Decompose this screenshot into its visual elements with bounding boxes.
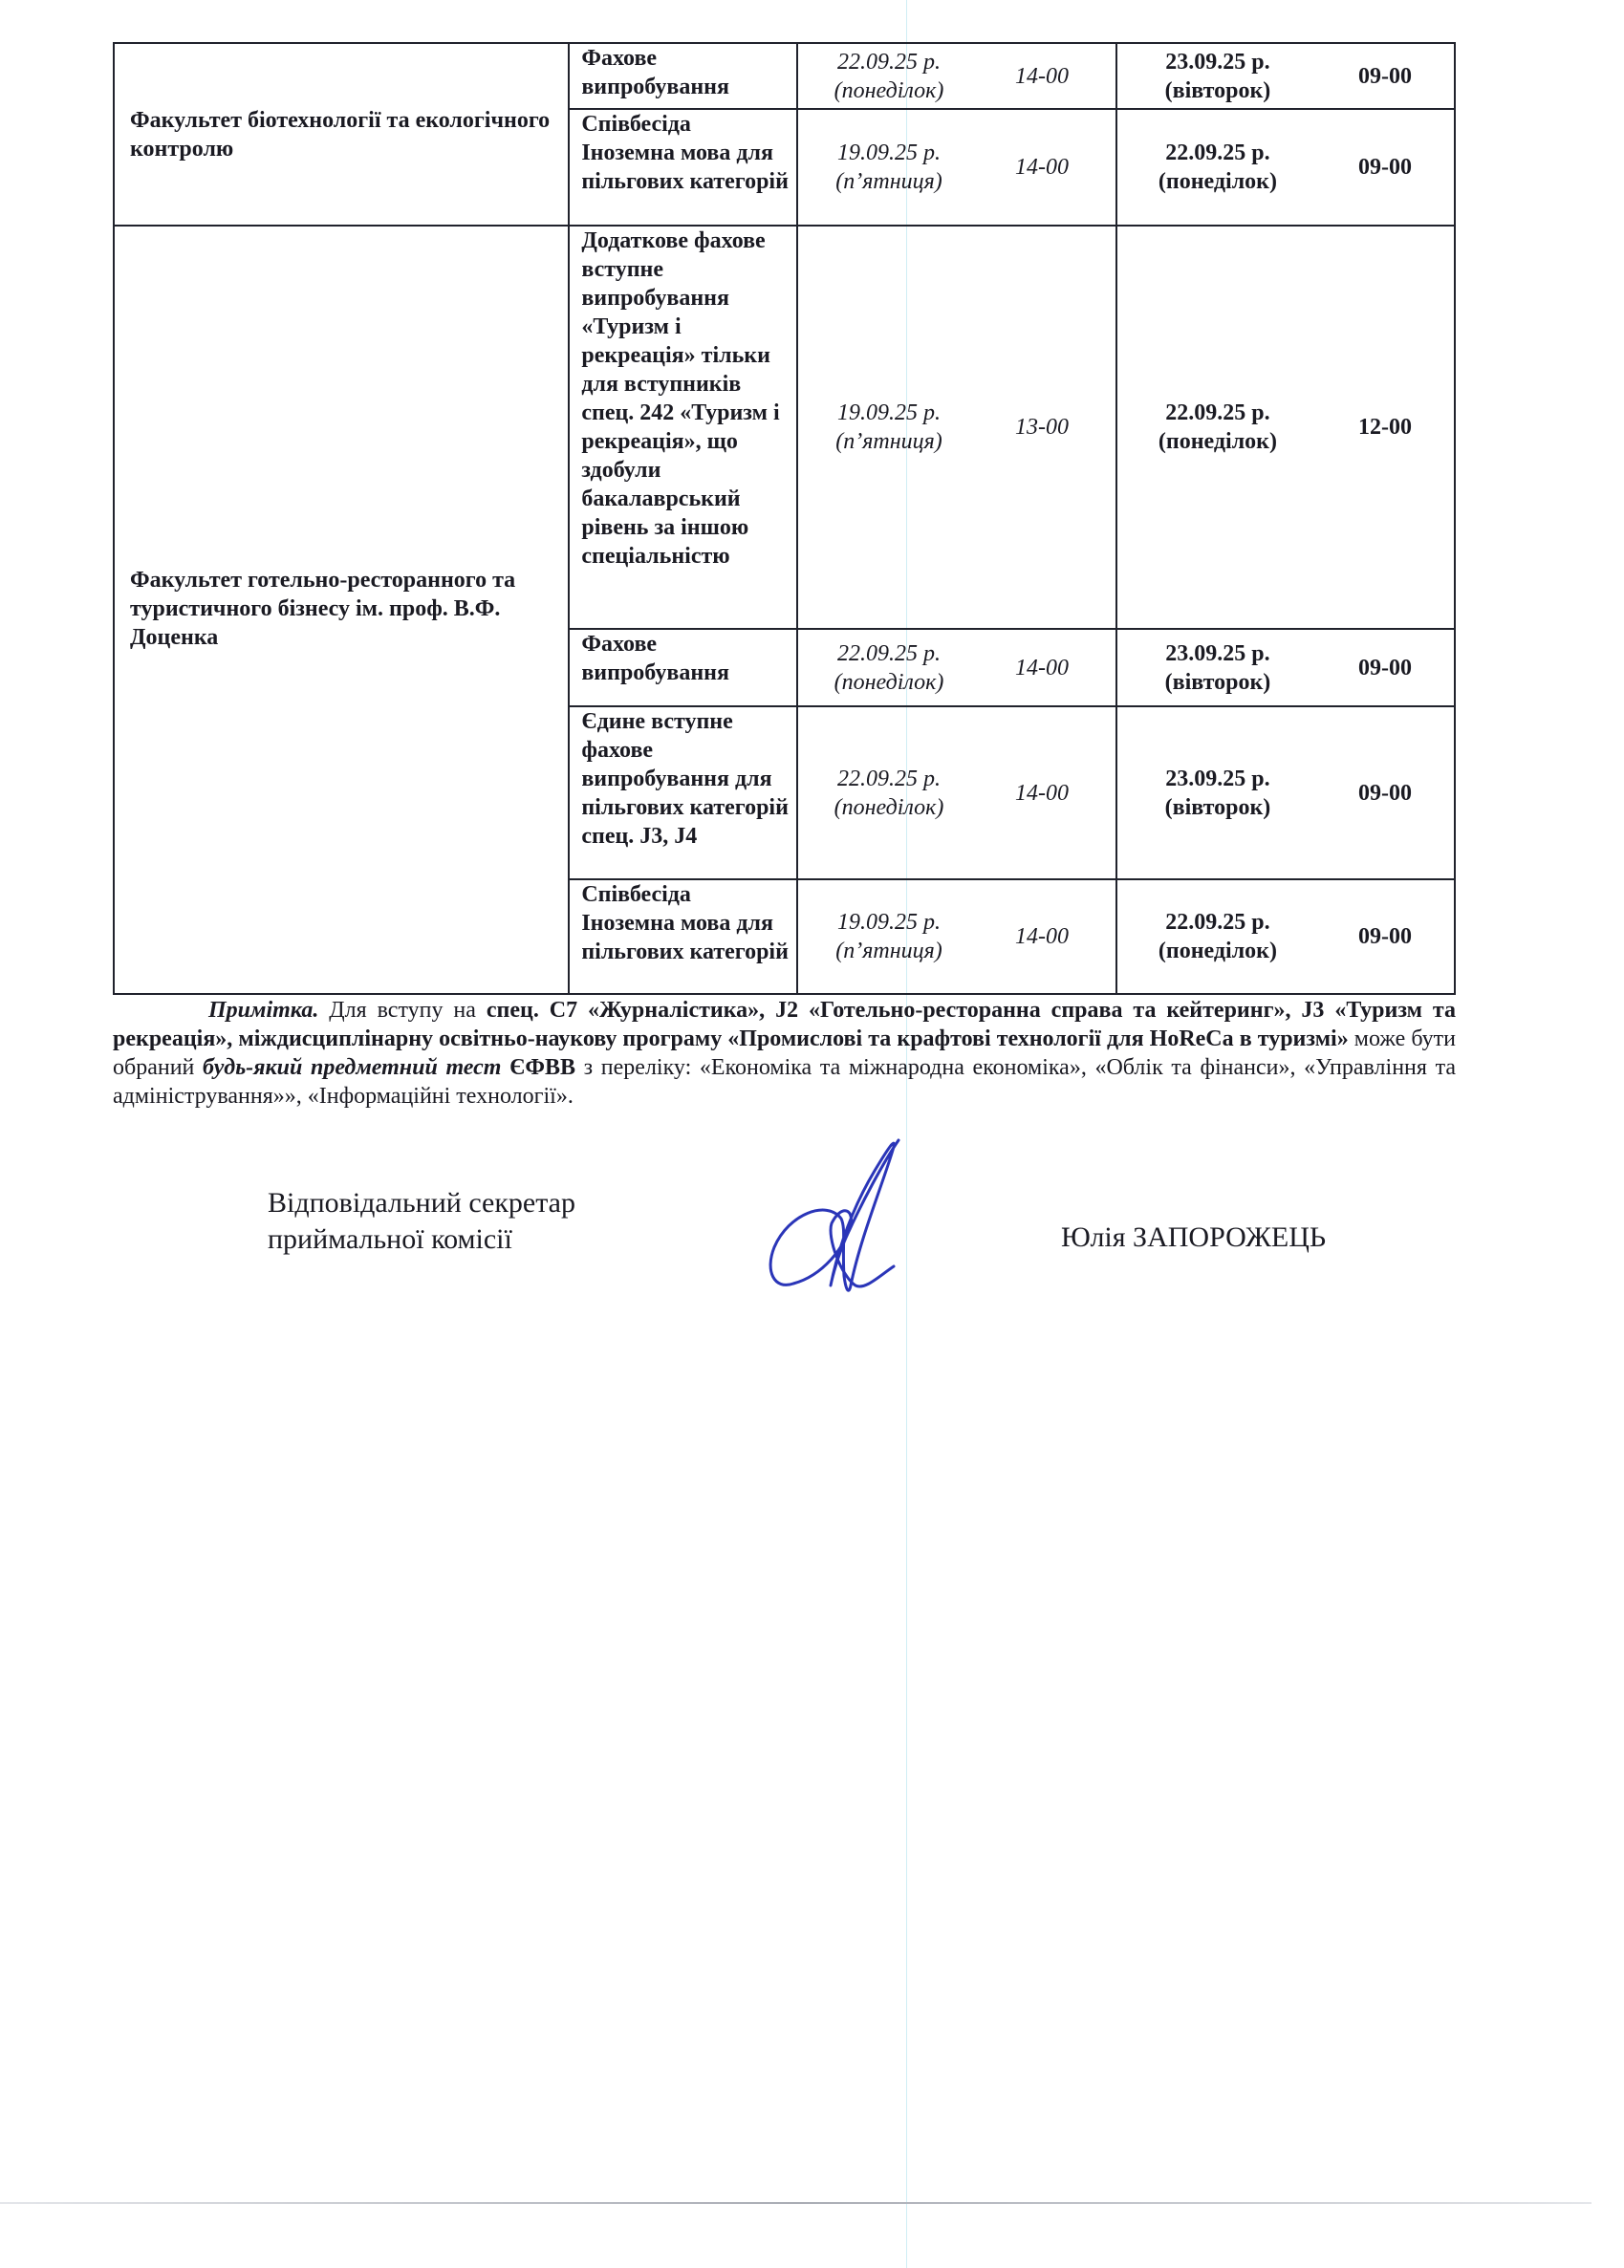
exam-schedule-table: Факультет біотехнології та екологічного … — [113, 42, 1456, 995]
faculty-cell: Факультет біотехнології та екологічного … — [114, 43, 569, 226]
exam-time: 14-00 — [980, 153, 1104, 182]
result-time: 09-00 — [1318, 779, 1452, 808]
handwritten-signature-icon — [750, 1133, 932, 1300]
result-date: 23.09.25 р. — [1117, 639, 1318, 668]
role-line-1: Відповідальний секретар — [268, 1185, 575, 1221]
exam-type-cell: Співбесіда Іноземна мова для пільгових к… — [569, 879, 797, 994]
exam-time: 14-00 — [980, 922, 1104, 951]
note-text: Для вступу на — [318, 998, 487, 1023]
table-row: Факультет готельно-ресторанного та турис… — [114, 226, 1455, 629]
note-test-type: будь-який предметний тест — [203, 1055, 501, 1080]
result-time: 09-00 — [1318, 654, 1452, 682]
note-efvv: ЄФВВ — [509, 1055, 575, 1080]
exam-time: 14-00 — [980, 654, 1104, 682]
exam-type-cell: Єдине вступне фахове випробування для пі… — [569, 706, 797, 879]
result-date: 22.09.25 р. — [1117, 908, 1318, 937]
exam-type-cell: Додаткове фахове вступне випробування «Т… — [569, 226, 797, 629]
signatory-name: Юлія ЗАПОРОЖЕЦЬ — [1061, 1220, 1326, 1256]
note-paragraph: Примітка. Для вступу на спец. С7 «Журнал… — [113, 996, 1456, 1111]
exam-day: (понеділок) — [798, 793, 980, 822]
faculty-cell: Факультет готельно-ресторанного та турис… — [114, 226, 569, 994]
result-date: 23.09.25 р. — [1117, 48, 1318, 76]
exam-date: 19.09.25 р. — [798, 399, 980, 427]
result-date-cell: 23.09.25 р.(вівторок)09-00 — [1116, 629, 1455, 706]
exam-time: 14-00 — [980, 779, 1104, 808]
result-day: (понеділок) — [1117, 167, 1318, 196]
exam-time: 13-00 — [980, 413, 1104, 442]
table-row: Факультет біотехнології та екологічного … — [114, 43, 1455, 109]
result-date-cell: 23.09.25 р.(вівторок)09-00 — [1116, 706, 1455, 879]
exam-type-cell: Співбесіда Іноземна мова для пільгових к… — [569, 109, 797, 226]
exam-type-cell: Фахове випробування — [569, 629, 797, 706]
note-text — [501, 1055, 509, 1080]
scan-artifact-horizontal — [0, 2202, 1592, 2204]
exam-day: (понеділок) — [798, 668, 980, 697]
exam-day: (п’ятниця) — [798, 427, 980, 456]
result-date: 22.09.25 р. — [1117, 399, 1318, 427]
result-day: (понеділок) — [1117, 937, 1318, 965]
result-time: 09-00 — [1318, 62, 1452, 91]
faculty-name: Факультет біотехнології та екологічного … — [130, 106, 558, 163]
exam-type-cell: Фахове випробування — [569, 43, 797, 109]
exam-date: 19.09.25 р. — [798, 908, 980, 937]
exam-date-cell: 22.09.25 р.(понеділок)14-00 — [797, 43, 1116, 109]
result-time: 12-00 — [1318, 413, 1452, 442]
result-day: (вівторок) — [1117, 668, 1318, 697]
result-date: 23.09.25 р. — [1117, 765, 1318, 793]
faculty-name: Факультет готельно-ресторанного та турис… — [130, 566, 558, 652]
result-date-cell: 22.09.25 р.(понеділок)12-00 — [1116, 226, 1455, 629]
exam-date: 22.09.25 р. — [798, 48, 980, 76]
role-line-2: приймальної комісії — [268, 1221, 575, 1258]
result-day: (вівторок) — [1117, 793, 1318, 822]
result-time: 09-00 — [1318, 153, 1452, 182]
exam-day: (понеділок) — [798, 76, 980, 105]
result-day: (понеділок) — [1117, 427, 1318, 456]
exam-date: 19.09.25 р. — [798, 139, 980, 167]
exam-date: 22.09.25 р. — [798, 765, 980, 793]
result-date-cell: 22.09.25 р.(понеділок)09-00 — [1116, 879, 1455, 994]
exam-date-cell: 19.09.25 р.(п’ятниця)13-00 — [797, 226, 1116, 629]
result-time: 09-00 — [1318, 922, 1452, 951]
exam-date: 22.09.25 р. — [798, 639, 980, 668]
result-date: 22.09.25 р. — [1117, 139, 1318, 167]
exam-date-cell: 19.09.25 р.(п’ятниця)14-00 — [797, 879, 1116, 994]
signatory-role: Відповідальний секретар приймальної комі… — [268, 1185, 575, 1258]
exam-date-cell: 22.09.25 р.(понеділок)14-00 — [797, 629, 1116, 706]
exam-date-cell: 19.09.25 р.(п’ятниця)14-00 — [797, 109, 1116, 226]
result-date-cell: 23.09.25 р.(вівторок)09-00 — [1116, 43, 1455, 109]
result-day: (вівторок) — [1117, 76, 1318, 105]
result-date-cell: 22.09.25 р.(понеділок)09-00 — [1116, 109, 1455, 226]
exam-date-cell: 22.09.25 р.(понеділок)14-00 — [797, 706, 1116, 879]
exam-time: 14-00 — [980, 62, 1104, 91]
exam-day: (п’ятниця) — [798, 167, 980, 196]
note-label: Примітка. — [208, 998, 318, 1023]
exam-day: (п’ятниця) — [798, 937, 980, 965]
